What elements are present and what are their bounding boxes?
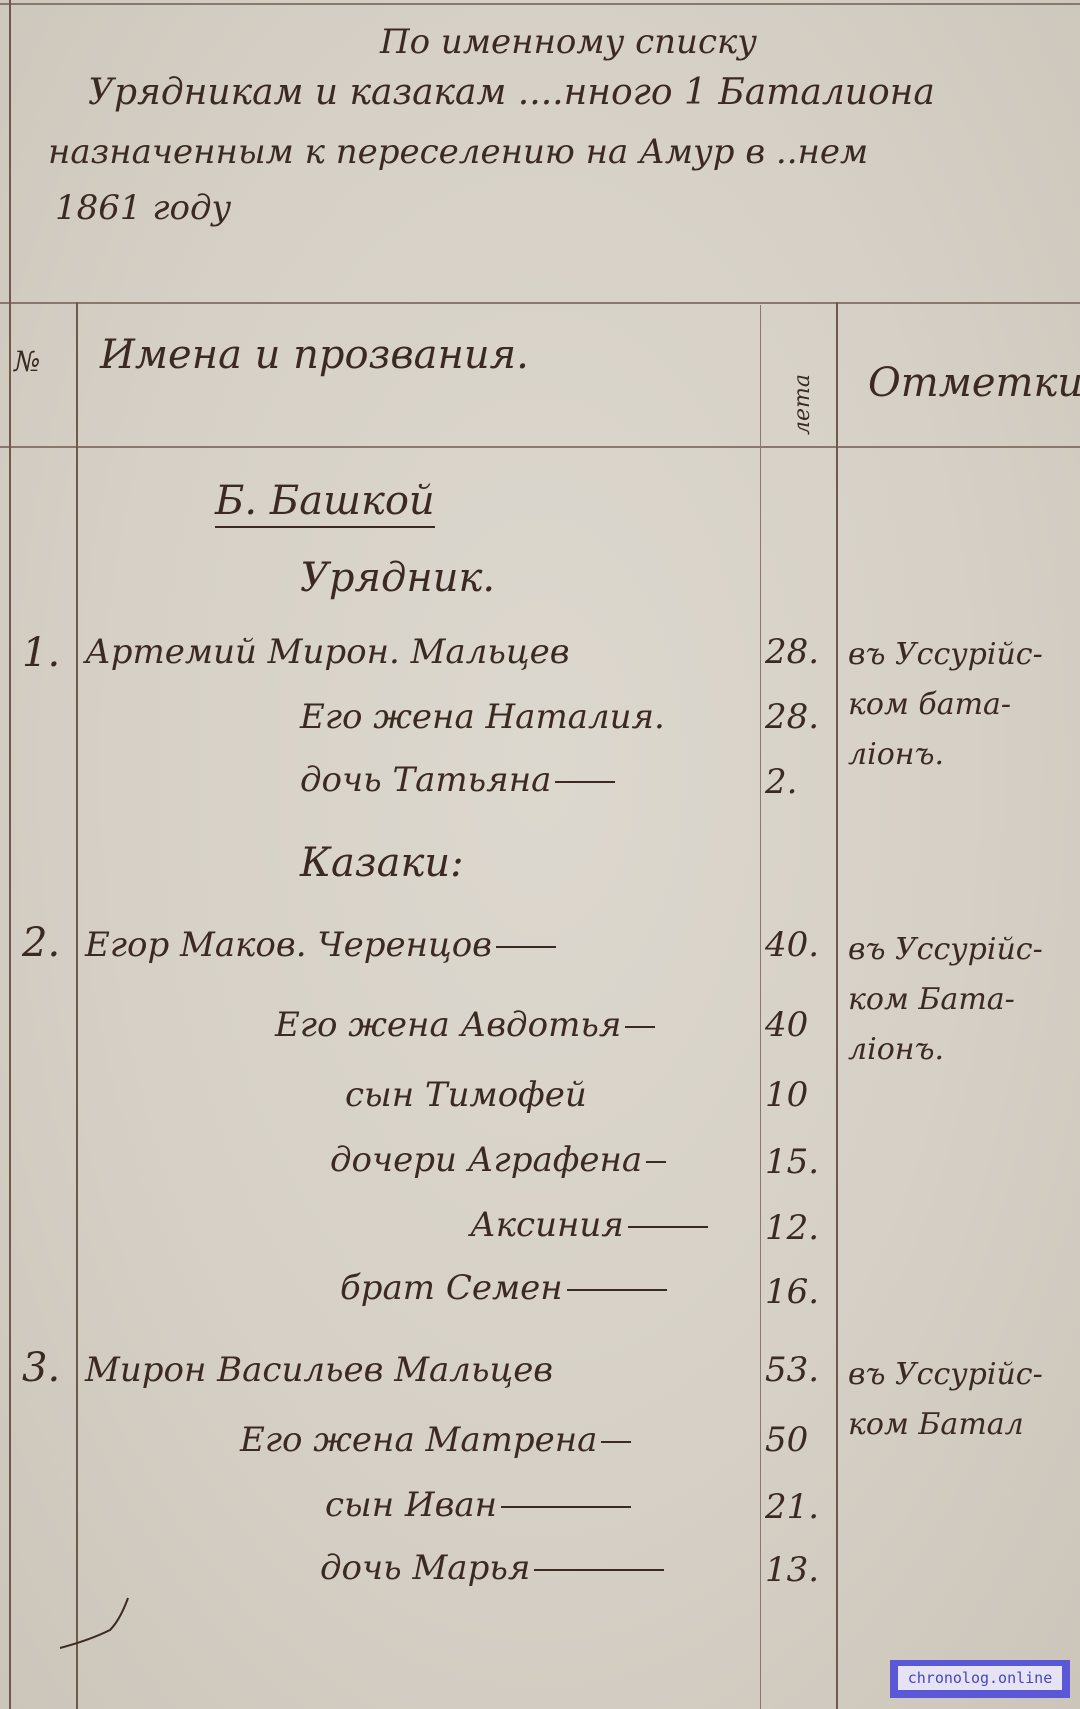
fill-dash — [628, 1226, 708, 1228]
person-age: 16. — [765, 1272, 819, 1312]
document-title-line: назначенным к переселению на Амур в ..не… — [48, 132, 868, 172]
person-name-text: дочь Татьяна — [300, 760, 551, 800]
note-line: ком Бата- — [848, 975, 1043, 1025]
person-name-text: дочь Марья — [320, 1548, 530, 1588]
person-name-text: брат Семен — [340, 1268, 563, 1308]
fill-dash — [555, 781, 615, 783]
entry-note: въ Уссурійс- ком Бата- ліонъ. — [848, 925, 1043, 1075]
note-line: ліонъ. — [848, 730, 1043, 780]
person-age: 21. — [765, 1487, 819, 1527]
document-title-year: 1861 году — [55, 188, 231, 228]
person-name: дочери Аграфена — [330, 1140, 666, 1180]
section-label: Казаки: — [300, 840, 464, 886]
person-name: сын Иван — [325, 1485, 631, 1525]
header-bottom-rule — [0, 446, 1080, 448]
person-age: 10 — [765, 1075, 808, 1115]
watermark-text: chronolog.online — [898, 1666, 1062, 1690]
note-line: ком бата- — [848, 680, 1043, 730]
watermark-badge: chronolog.online — [890, 1660, 1070, 1698]
person-age: 40 — [765, 1005, 808, 1045]
note-line: въ Уссурійс- — [848, 630, 1043, 680]
header-note-column: Отметки — [868, 360, 1080, 406]
village-heading: Б. Башкой — [215, 478, 435, 524]
entry-note: въ Уссурійс- ком бата- ліонъ. — [848, 630, 1043, 780]
outer-left-rule — [9, 0, 11, 1709]
note-line: въ Уссурійс- — [848, 925, 1043, 975]
person-age: 12. — [765, 1208, 819, 1248]
header-number-column: № — [14, 345, 41, 378]
person-age: 53. — [765, 1350, 819, 1390]
top-edge-rule — [0, 3, 1080, 5]
fill-dash — [567, 1289, 667, 1291]
person-name: Его жена Наталия. — [300, 697, 665, 737]
fill-dash — [496, 946, 556, 948]
document-title-line: По именному списку — [380, 22, 757, 62]
header-top-rule — [0, 302, 1080, 304]
pen-stroke-mark — [40, 1590, 140, 1650]
person-age: 15. — [765, 1142, 819, 1182]
person-age: 13. — [765, 1550, 819, 1590]
note-line: ліонъ. — [848, 1025, 1043, 1075]
person-age: 28. — [765, 632, 819, 672]
person-name: брат Семен — [340, 1268, 667, 1308]
person-name-text: сын Иван — [325, 1485, 497, 1525]
person-name: Аксиния — [470, 1205, 708, 1245]
fill-dash — [601, 1441, 631, 1443]
person-name: Его жена Авдотья — [275, 1005, 655, 1045]
fill-dash — [501, 1506, 631, 1508]
section-label: Урядник. — [300, 555, 495, 601]
header-age-column: лета — [790, 374, 815, 435]
person-name-text: Егор Маков. Черенцов — [85, 925, 492, 965]
person-name: Егор Маков. Черенцов — [85, 925, 556, 965]
note-line: ком Батал — [848, 1400, 1043, 1450]
fill-dash — [625, 1026, 655, 1028]
person-name-text: Его жена Авдотья — [275, 1005, 621, 1045]
entry-number: 1. — [22, 630, 60, 676]
person-name-text: Аксиния — [470, 1205, 624, 1245]
person-age: 28. — [765, 697, 819, 737]
fill-dash — [534, 1569, 664, 1571]
person-name: дочь Татьяна — [300, 760, 615, 800]
age-column-left-rule — [760, 305, 761, 1709]
entry-number: 2. — [22, 920, 60, 966]
person-name-text: дочери Аграфена — [330, 1140, 642, 1180]
note-line: въ Уссурійс- — [848, 1350, 1043, 1400]
person-name: Артемий Мирон. Мальцев — [85, 632, 570, 672]
person-name: Его жена Матрена — [240, 1420, 631, 1460]
village-name: Б. Башкой — [215, 478, 435, 528]
person-age: 40. — [765, 925, 819, 965]
number-column-rule — [76, 302, 78, 1709]
person-name: сын Тимофей — [345, 1075, 587, 1115]
entry-note: въ Уссурійс- ком Батал — [848, 1350, 1043, 1450]
entry-number: 3. — [22, 1345, 60, 1391]
document-title-line: Урядникам и казакам ....нного 1 Баталион… — [88, 72, 935, 113]
person-age: 2. — [765, 762, 797, 802]
age-column-right-rule — [836, 302, 838, 1709]
person-name: Мирон Васильев Мальцев — [85, 1350, 553, 1390]
fill-dash — [646, 1161, 666, 1163]
person-age: 50 — [765, 1420, 808, 1460]
person-name-text: Его жена Матрена — [240, 1420, 597, 1460]
person-name: дочь Марья — [320, 1548, 664, 1588]
header-name-column: Имена и прозвания. — [100, 332, 529, 378]
